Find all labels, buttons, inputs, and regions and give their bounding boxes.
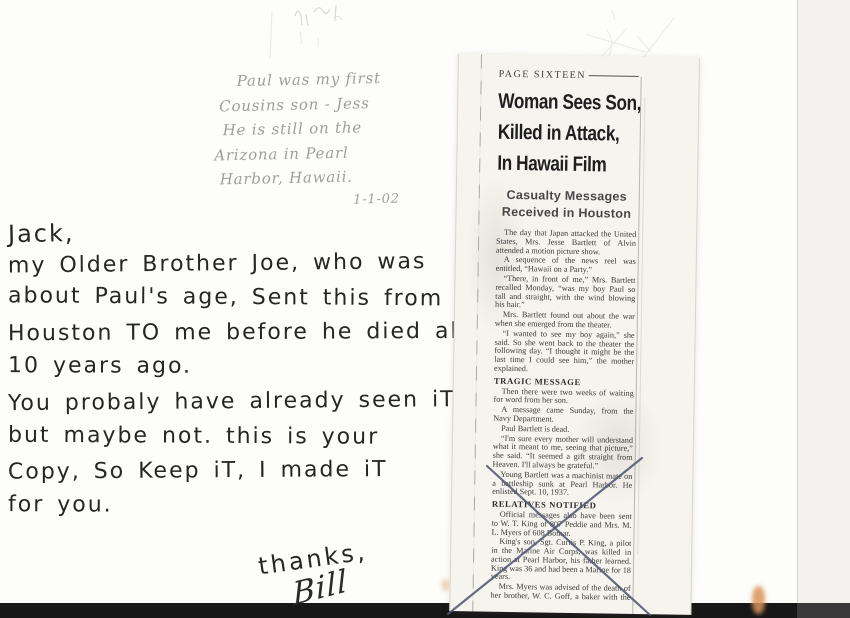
scanned-letter-page: Paul was my first Cousins son - Jess He … <box>0 0 850 618</box>
handwritten-letter: Jack, my Older Brother Joe, who was abou… <box>8 216 488 527</box>
page-header-label: PAGE SIXTEEN <box>499 69 587 81</box>
article-paragraph: Young Bartlett was a machinist mate on a… <box>492 470 632 499</box>
letter-line: You probaly have already seen iT, <box>8 387 488 426</box>
article-paragraph: Mrs. Bartlett found out about the war wh… <box>495 311 635 331</box>
article-body: The day that Japan attacked the United S… <box>490 229 636 603</box>
headline-line: In Hawaii Film <box>497 148 612 181</box>
article-paragraph: Official messages also have been sent to… <box>491 511 631 540</box>
scan-edge-bar-right <box>797 603 850 618</box>
deck-line: Casualty Messages <box>497 187 637 206</box>
article-paragraph: “I'm sure every mother will understand w… <box>492 434 633 471</box>
scanner-background-strip <box>797 0 850 608</box>
deck-line: Received in Houston <box>496 204 636 223</box>
letter-line: for you. <box>8 492 488 528</box>
article-paragraph: “There, in front of me,” Mrs. Bartlett r… <box>495 275 636 312</box>
article-paragraph: A sequence of the news reel was entitled… <box>496 256 636 276</box>
headline-line: Woman Sees Son, <box>498 86 613 119</box>
clipping-column: PAGE SIXTEEN Woman Sees Son, Killed in A… <box>490 69 638 603</box>
article-deck: Casualty Messages Received in Houston <box>496 187 637 223</box>
scan-edge-bar <box>0 603 850 618</box>
letter-line: but maybe not. this is your <box>8 422 488 459</box>
headline-line: Killed in Attack, <box>498 117 613 150</box>
article-paragraph: “I wanted to see my boy again,” she said… <box>494 329 635 375</box>
letter-line: Copy, So Keep iT, I made iT <box>8 456 488 494</box>
article-crosshead: TRAGIC MESSAGE <box>494 376 634 387</box>
article-headline: Woman Sees Son, Killed in Attack, In Haw… <box>497 86 613 181</box>
tape-stain <box>752 586 765 614</box>
letter-line: my Older Brother Joe, who was <box>8 248 488 288</box>
article-paragraph: King's son, Sgt. Curtis P. King, a pilot… <box>491 538 632 584</box>
page-header: PAGE SIXTEEN <box>499 69 639 82</box>
article-paragraph: Then there were two weeks of waiting for… <box>494 387 634 407</box>
letter-line: about Paul's age, Sent this from <box>8 284 488 322</box>
clipping-left-column-rule <box>472 54 482 611</box>
article-paragraph: The day that Japan attacked the United S… <box>496 229 636 258</box>
cursive-pencil-note: Paul was my first Cousins son - Jess He … <box>210 68 453 220</box>
article-paragraph: A message came Sunday, from the Navy Dep… <box>493 406 633 426</box>
page-header-rule <box>589 75 639 77</box>
article-paragraph: Mrs. Myers was advised of the death of h… <box>490 583 630 603</box>
letter-line: 10 years ago. <box>8 354 488 390</box>
letter-line: Houston TO me before he died abot <box>8 319 488 356</box>
newspaper-clipping: PAGE SIXTEEN Woman Sees Son, Killed in A… <box>449 54 700 615</box>
